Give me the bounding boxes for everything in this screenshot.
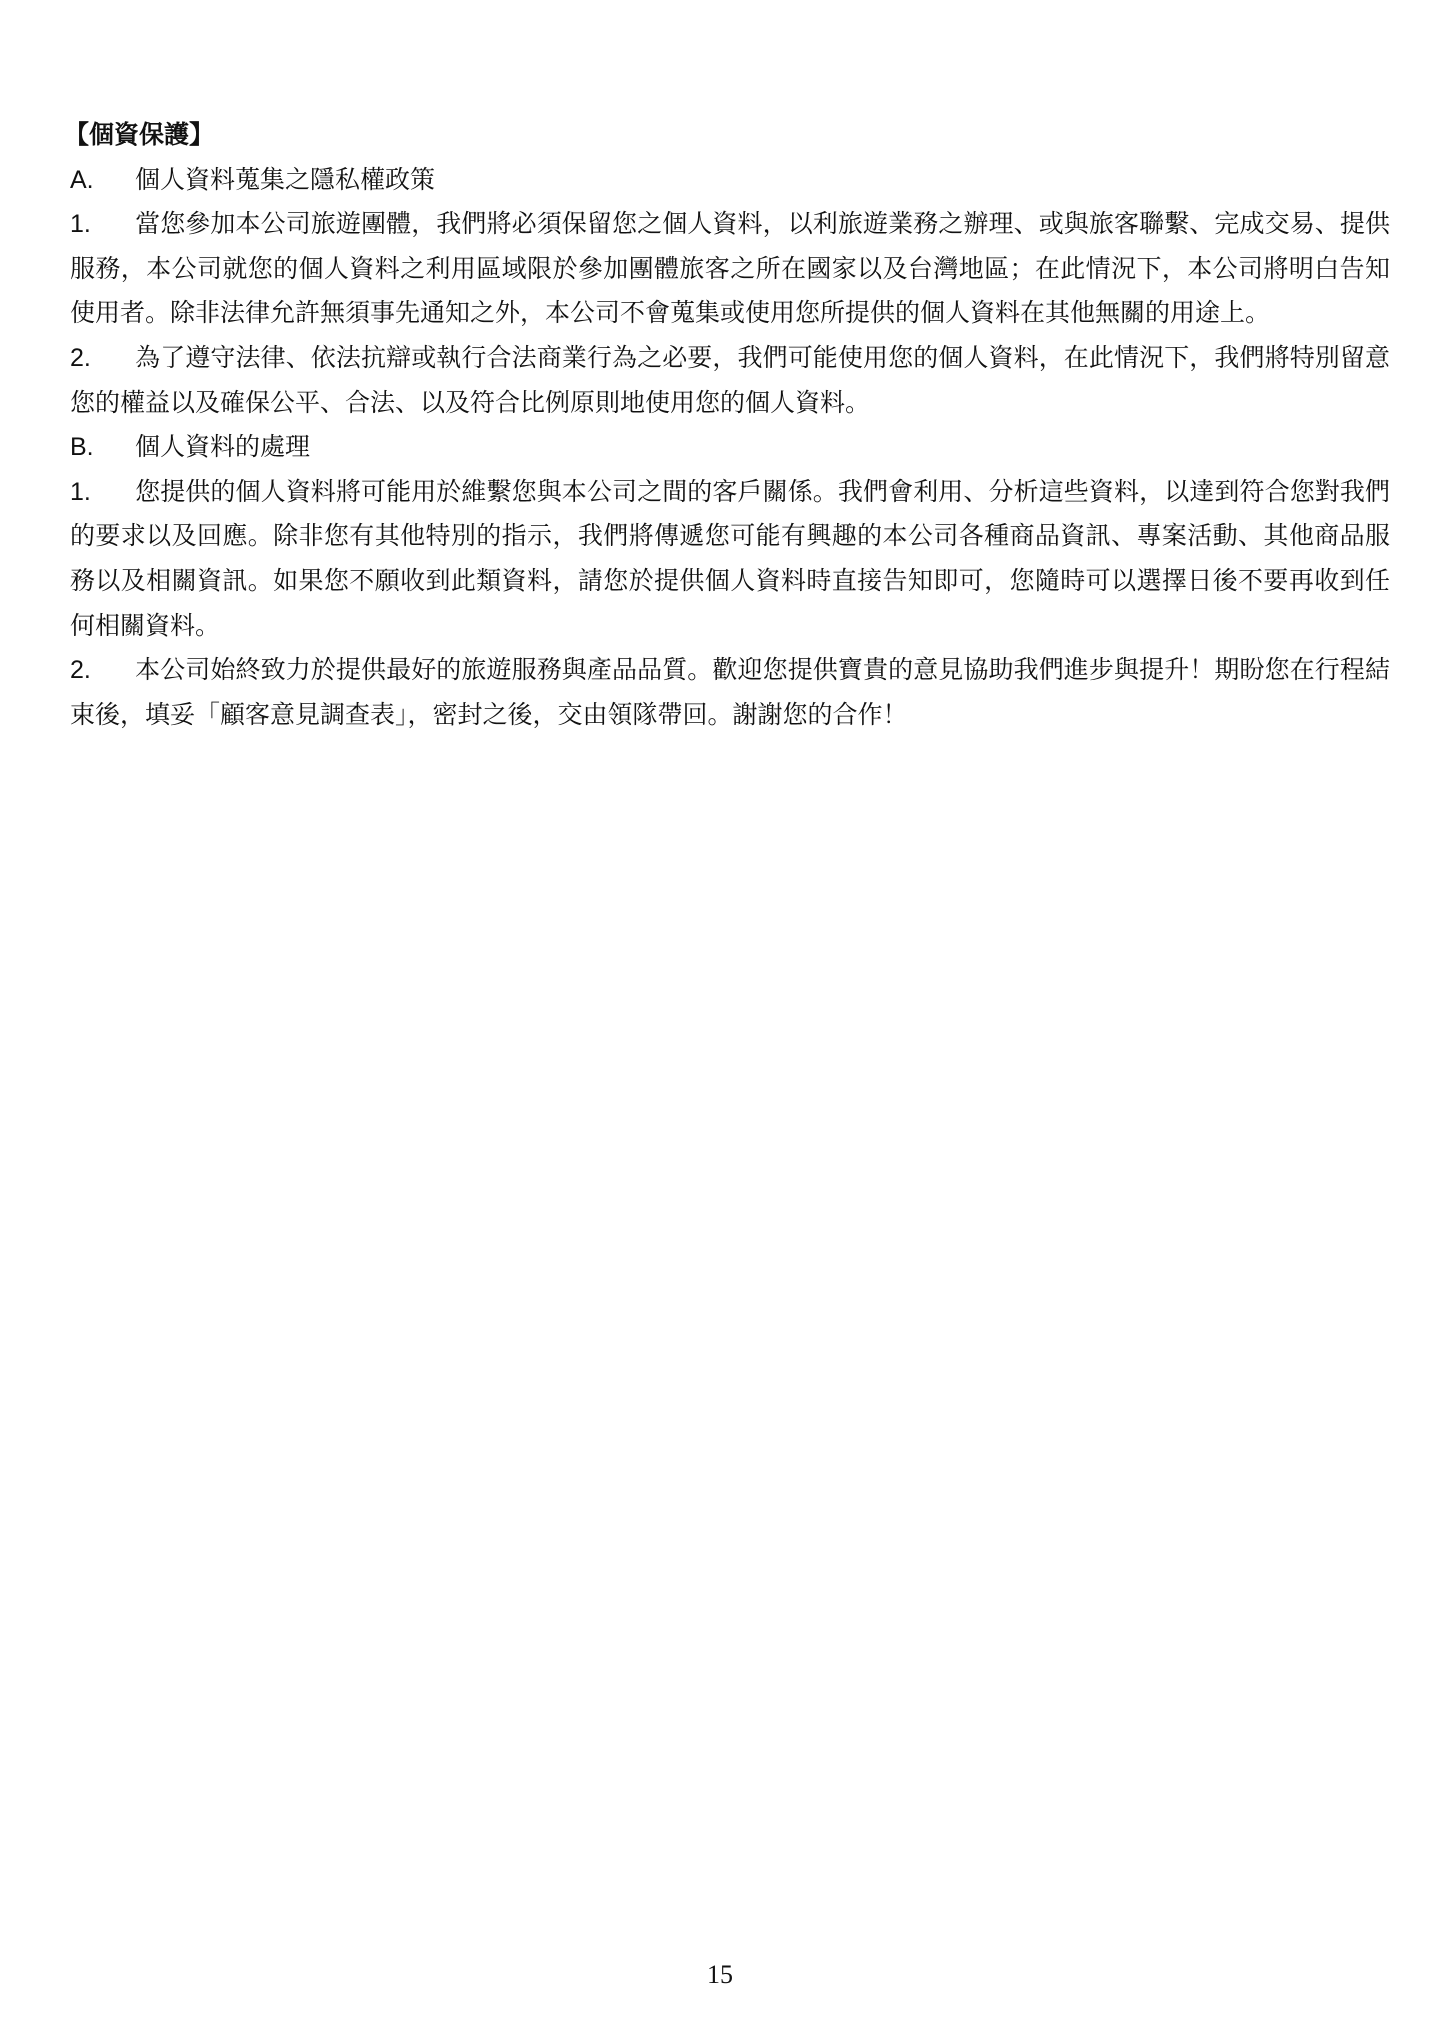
section-b-item-2: 2.本公司始終致力於提供最好的旅遊服務與產品品質。歡迎您提供寶貴的意見協助我們進… (70, 648, 1390, 737)
section-a-title: A.個人資料蒐集之隱私權政策 (70, 158, 1390, 203)
section-b-title-text: 個人資料的處理 (135, 432, 310, 461)
section-b-item-1: 1.您提供的個人資料將可能用於維繫您與本公司之間的客戶關係。我們會利用、分析這些… (70, 470, 1390, 648)
item-text: 本公司始終致力於提供最好的旅遊服務與產品品質。歡迎您提供寶貴的意見協助我們進步與… (70, 655, 1390, 729)
section-heading: 【個資保護】 (64, 113, 1390, 158)
item-label: 1. (70, 470, 135, 515)
item-text: 為了遵守法律、依法抗辯或執行合法商業行為之必要，我們可能使用您的個人資料，在此情… (70, 343, 1390, 417)
item-label: 2. (70, 336, 135, 381)
item-text: 您提供的個人資料將可能用於維繫您與本公司之間的客戶關係。我們會利用、分析這些資料… (70, 477, 1390, 640)
section-a-item-2: 2.為了遵守法律、依法抗辯或執行合法商業行為之必要，我們可能使用您的個人資料，在… (70, 336, 1390, 425)
section-b-title: B.個人資料的處理 (70, 425, 1390, 470)
page-number: 15 (0, 1960, 1440, 1990)
section-b-label: B. (70, 425, 135, 470)
section-a-item-1: 1.當您參加本公司旅遊團體，我們將必須保留您之個人資料，以利旅遊業務之辦理、或與… (70, 202, 1390, 336)
section-a: A.個人資料蒐集之隱私權政策 1.當您參加本公司旅遊團體，我們將必須保留您之個人… (70, 158, 1390, 426)
item-text: 當您參加本公司旅遊團體，我們將必須保留您之個人資料，以利旅遊業務之辦理、或與旅客… (70, 209, 1390, 327)
document-page: 【個資保護】 A.個人資料蒐集之隱私權政策 1.當您參加本公司旅遊團體，我們將必… (70, 113, 1390, 737)
section-a-title-text: 個人資料蒐集之隱私權政策 (135, 165, 435, 194)
item-label: 1. (70, 202, 135, 247)
item-label: 2. (70, 648, 135, 693)
section-b: B.個人資料的處理 1.您提供的個人資料將可能用於維繫您與本公司之間的客戶關係。… (70, 425, 1390, 737)
section-a-label: A. (70, 158, 135, 203)
